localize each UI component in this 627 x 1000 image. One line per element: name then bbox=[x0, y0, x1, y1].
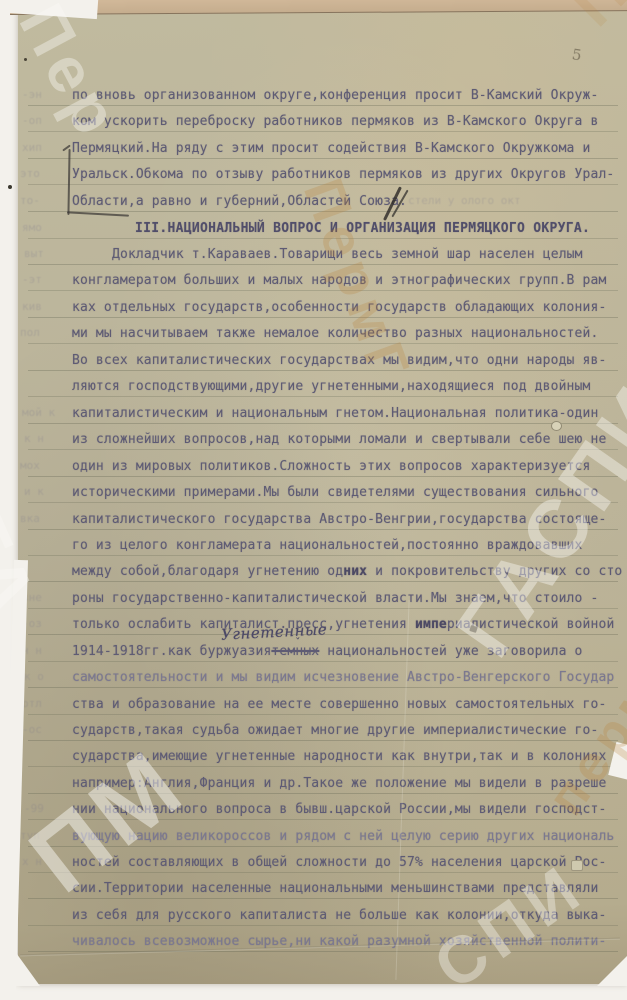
typewritten-line: го из целого конгламерата национальносте… bbox=[72, 538, 583, 553]
ruled-line bbox=[28, 661, 618, 662]
torn-corner-bottom-right bbox=[597, 956, 627, 986]
typewritten-line: III.НАЦИОНАЛЬНЫЙ ВОПРОС И ОРГАНИЗАЦИЯ ПЕ… bbox=[135, 221, 590, 236]
typewritten-line: нии национального вопроса в бывш.царской… bbox=[72, 802, 606, 817]
typewritten-line: Во всех капиталистических государствах м… bbox=[72, 353, 606, 368]
ruled-line bbox=[28, 951, 618, 952]
ruled-line bbox=[28, 343, 618, 344]
typewritten-line: по вновь организованном округе,конференц… bbox=[72, 88, 598, 103]
ruled-line bbox=[28, 105, 618, 106]
typewritten-line: из сложнейших вопросов,над которыми лома… bbox=[72, 432, 606, 447]
ruled-line bbox=[28, 423, 618, 424]
typewritten-line: ках отдельных государств,особенности гос… bbox=[72, 300, 606, 315]
ruled-line bbox=[28, 211, 618, 212]
typewritten-line: сударств,такая судьба ожидает многие дру… bbox=[72, 723, 598, 738]
typewritten-line: Уральск.Обкома по отзыву работников перм… bbox=[72, 167, 614, 182]
typewritten-line: Пермяцкий.На ряду с этим просит содейств… bbox=[72, 141, 590, 156]
ruled-line bbox=[28, 687, 618, 688]
typewritten-line: Докладчик т.Караваев.Товарищи весь земно… bbox=[112, 247, 583, 262]
text-segment: национальностей уже заговорила о bbox=[319, 644, 582, 659]
bleed-through-ghost-text: ямо bbox=[22, 221, 42, 234]
bleed-through-ghost-text: -99 bbox=[24, 802, 44, 815]
ruled-line bbox=[28, 898, 618, 899]
text-segment: 1914-1918гг.как буржуазия bbox=[72, 644, 271, 659]
ink-speck bbox=[8, 185, 12, 189]
typewritten-line: ства и образование на ее месте совершенн… bbox=[72, 697, 606, 712]
typewritten-line: только ослабить капиталист.пресс,угнетен… bbox=[72, 617, 614, 632]
bleed-through-ghost-text: отл bbox=[22, 697, 42, 710]
bleed-through-ghost-text: кив bbox=[22, 300, 42, 313]
bleed-through-ghost-text: выт bbox=[24, 247, 44, 260]
typewritten-line: сударства,имеющие угнетенные народности … bbox=[72, 749, 606, 764]
ruled-line bbox=[28, 555, 618, 556]
ruled-line bbox=[28, 581, 618, 582]
ruled-line bbox=[28, 131, 618, 132]
ruled-line bbox=[28, 158, 618, 159]
ruled-line bbox=[28, 476, 618, 477]
overtyped-word: импе bbox=[415, 617, 447, 632]
ruled-line bbox=[28, 714, 618, 715]
ruled-line bbox=[28, 793, 618, 794]
ruled-line bbox=[28, 740, 618, 741]
bleed-through-ghost-text: туп bbox=[20, 829, 40, 842]
ruled-line bbox=[28, 290, 618, 291]
typewritten-line: Области,а равно и губерний,Областей Союз… bbox=[72, 194, 407, 209]
bleed-through-ghost-text: -эт bbox=[22, 273, 42, 286]
bleed-through-ghost-text: -эн bbox=[22, 88, 42, 101]
bleed-through-ghost-text: к о bbox=[24, 670, 44, 683]
typewritten-line: ми мы насчитываем также немалое количест… bbox=[72, 326, 598, 341]
typewritten-line: из себя для русского капиталиста не боль… bbox=[72, 908, 606, 923]
typewritten-line: роны государственно-капиталистической вл… bbox=[72, 591, 598, 606]
typewritten-line: историческими примерами.Мы были свидетел… bbox=[72, 485, 598, 500]
bleed-through-ghost-text: пол bbox=[20, 326, 40, 339]
insertion-caret: ˇ bbox=[294, 636, 302, 650]
typewritten-line: капиталистическим и национальным гнетом.… bbox=[72, 406, 598, 421]
typewritten-line: между собой,благодаря угнетению одних и … bbox=[72, 564, 622, 579]
typewritten-line: чивалось всевозможное сырье,ни какой раз… bbox=[72, 934, 606, 949]
ruled-line bbox=[28, 529, 618, 530]
ink-speck bbox=[24, 58, 27, 61]
typewritten-line: капиталистического государства Австро-Ве… bbox=[72, 512, 606, 527]
bleed-through-ghost-text: мох bbox=[20, 459, 40, 472]
ruled-line bbox=[28, 846, 618, 847]
bleed-through-ghost-text: вка bbox=[20, 512, 40, 525]
ruled-line bbox=[28, 819, 618, 820]
ruled-line bbox=[28, 264, 618, 265]
bleed-through-ghost-text: это bbox=[20, 167, 40, 180]
typewritten-line: конгламератом больших и малых народов и … bbox=[72, 273, 606, 288]
typewritten-line: сии.Территории населенные национальными … bbox=[72, 881, 598, 896]
paper-blemish bbox=[571, 860, 583, 871]
torn-corner-bottom-left bbox=[14, 950, 40, 986]
typewritten-line: ляются господствующими,другие угнетенным… bbox=[72, 379, 590, 394]
bleed-through-ghost-text: стели у олого окт bbox=[408, 194, 521, 207]
bleed-through-ghost-text: то- bbox=[20, 194, 40, 207]
typewritten-line: вующую нацию великороссов и рядом с ней … bbox=[72, 829, 614, 844]
bleed-through-ghost-text: -оп bbox=[22, 114, 42, 127]
paper-blemish bbox=[551, 421, 562, 431]
typewritten-line: самостоятельности и мы видим исчезновени… bbox=[72, 670, 614, 685]
ruled-line bbox=[28, 925, 618, 926]
bleed-through-ghost-text: -ос bbox=[22, 723, 42, 736]
overtyped-word: них bbox=[343, 564, 367, 579]
typewritten-line: например:Англия,Франция и др.Такое же по… bbox=[72, 776, 606, 791]
ruled-line bbox=[28, 608, 618, 609]
ruled-line bbox=[28, 872, 618, 873]
bleed-through-ghost-text: хип bbox=[22, 141, 42, 154]
ruled-line bbox=[28, 317, 618, 318]
ruled-line bbox=[28, 449, 618, 450]
bleed-through-ghost-text: к н bbox=[24, 432, 44, 445]
ruled-line bbox=[28, 184, 618, 185]
ruled-line bbox=[28, 766, 618, 767]
text-segment: и покровительству других со сто bbox=[367, 564, 622, 579]
ruled-line bbox=[28, 502, 618, 503]
typewritten-line: ностей составляющих в общей сложности до… bbox=[72, 855, 606, 870]
typewritten-line: 1914-1918гг.как буржуазиятемных национал… bbox=[72, 644, 583, 659]
document-scan: Угнетенные ˇ 5 по вновь организованном о… bbox=[0, 0, 627, 1000]
text-segment: между собой,благодаря угнетению од bbox=[72, 564, 343, 579]
ruled-line bbox=[28, 238, 618, 239]
bleed-through-ghost-text: мой к bbox=[22, 406, 55, 419]
typewritten-line: один из мировых политиков.Сложность этих… bbox=[72, 459, 590, 474]
typewritten-line: ком ускорить переброску работников пермя… bbox=[72, 114, 598, 129]
bleed-through-ghost-text: х н bbox=[22, 855, 42, 868]
ruled-line bbox=[28, 370, 618, 371]
ruled-line bbox=[28, 396, 618, 397]
bleed-through-ghost-text: и к bbox=[24, 485, 44, 498]
